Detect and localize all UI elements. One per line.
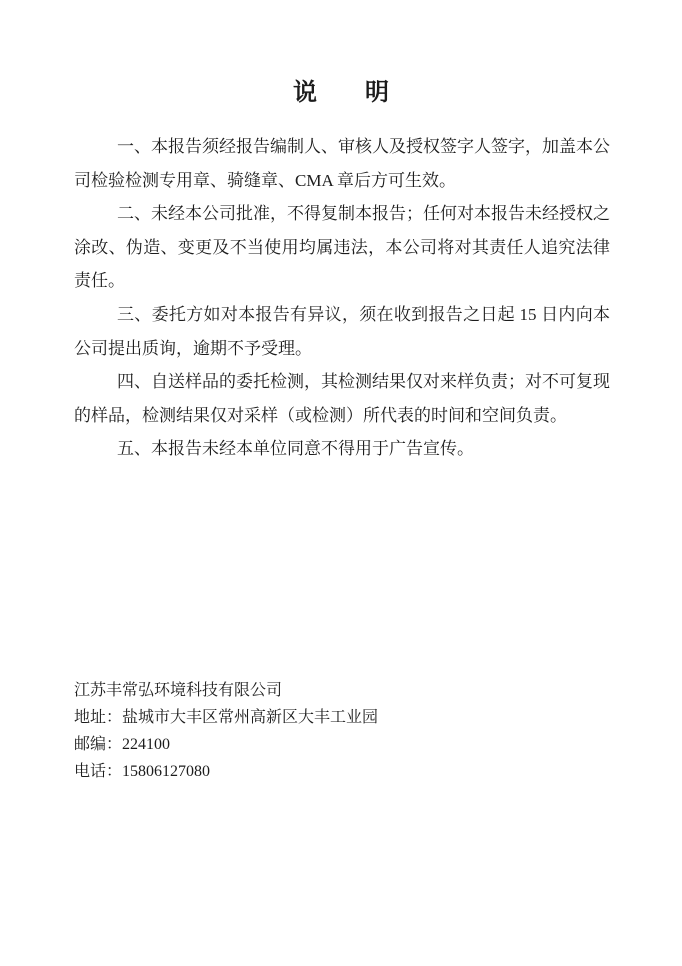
notes-section: 一、本报告须经报告编制人、审核人及授权签字人签字，加盖本公司检验检测专用章、骑缝… <box>74 130 610 466</box>
note-paragraph-2: 二、未经本公司批准，不得复制本报告；任何对本报告未经授权之涂改、伪造、变更及不当… <box>74 197 610 298</box>
company-phone-label: 电话： <box>74 763 122 780</box>
company-phone-row: 电话：15806127080 <box>74 758 378 785</box>
company-address-label: 地址： <box>74 709 122 726</box>
company-address-value: 盐城市大丰区常州高新区大丰工业园 <box>122 709 378 726</box>
document-page: 说 明 一、本报告须经报告编制人、审核人及授权签字人签字，加盖本公司检验检测专用… <box>0 0 682 966</box>
company-postcode-row: 邮编：224100 <box>74 731 378 758</box>
note-paragraph-4: 四、自送样品的委托检测，其检测结果仅对来样负责；对不可复现的样品，检测结果仅对采… <box>74 365 610 432</box>
page-title: 说 明 <box>0 0 682 110</box>
company-info-block: 江苏丰常弘环境科技有限公司 地址：盐城市大丰区常州高新区大丰工业园 邮编：224… <box>74 677 378 785</box>
note-paragraph-1: 一、本报告须经报告编制人、审核人及授权签字人签字，加盖本公司检验检测专用章、骑缝… <box>74 130 610 197</box>
note-paragraph-5: 五、本报告未经本单位同意不得用于广告宣传。 <box>74 432 610 466</box>
note-paragraph-3: 三、委托方如对本报告有异议，须在收到报告之日起 15 日内向本公司提出质询，逾期… <box>74 298 610 365</box>
company-name: 江苏丰常弘环境科技有限公司 <box>74 677 378 704</box>
company-postcode-value: 224100 <box>122 736 170 753</box>
company-phone-value: 15806127080 <box>122 763 210 780</box>
company-address-row: 地址：盐城市大丰区常州高新区大丰工业园 <box>74 704 378 731</box>
company-postcode-label: 邮编： <box>74 736 122 753</box>
